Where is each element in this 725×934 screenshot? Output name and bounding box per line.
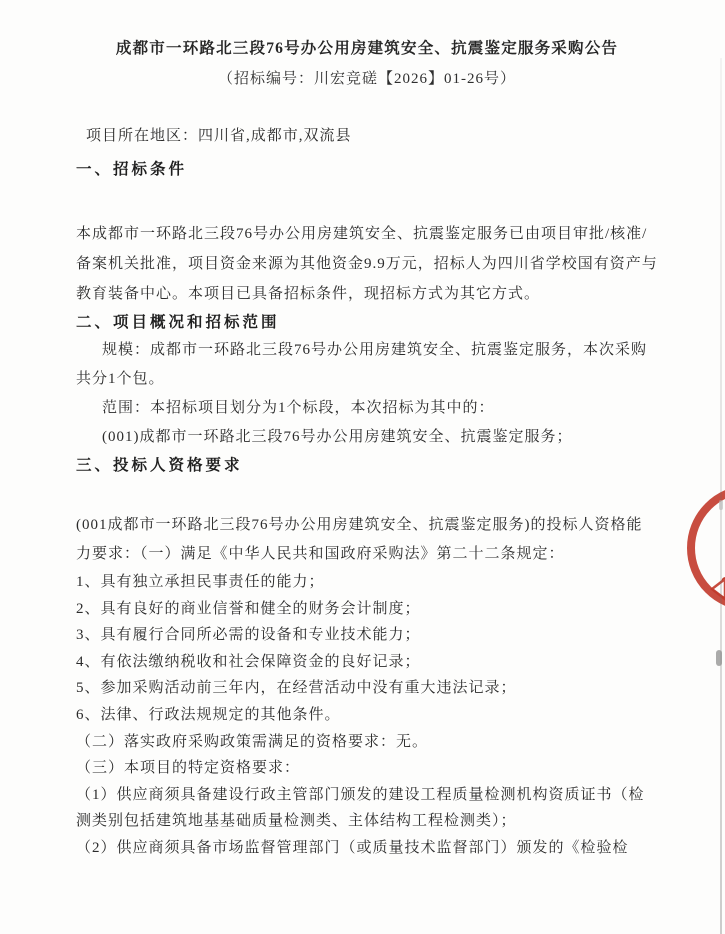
section-heading-2: 二、项目概况和招标范围: [76, 309, 658, 336]
scan-artifact-small: [719, 500, 723, 510]
paragraph-lot-001: (001)成都市一环路北三段76号办公用房建筑安全、抗震鉴定服务；: [76, 423, 658, 452]
page-edge-line: [720, 58, 722, 934]
paragraph-scope: 范围：本招标项目划分为1个标段，本次招标为其中的：: [76, 394, 658, 423]
paragraph-scale: 规模：成都市一环路北三段76号办公用房建筑安全、抗震鉴定服务，本次采购共分1个包…: [76, 336, 658, 394]
list-item-5: 5、参加采购活动前三年内，在经营活动中没有重大违法记录；: [76, 675, 658, 702]
paragraph-policy-requirement: （二）落实政府采购政策需满足的资格要求：无。: [76, 729, 658, 756]
paragraph-tender-conditions: 本成都市一环路北三段76号办公用房建筑安全、抗震鉴定服务已由项目审批/核准/备案…: [76, 219, 658, 309]
list-item-1: 1、具有独立承担民事责任的能力；: [76, 569, 658, 596]
section-heading-1: 一、招标条件: [76, 156, 658, 183]
scan-artifact: [716, 650, 722, 666]
paragraph-requirement-cert-2: （2）供应商须具备市场监督管理部门（或质量技术监督部门）颁发的《检验检: [76, 835, 658, 862]
project-location-line: 项目所在地区：四川省,成都市,双流县: [76, 123, 658, 150]
document-content: 成都市一环路北三段76号办公用房建筑安全、抗震鉴定服务采购公告 （招标编号：川宏…: [76, 28, 658, 862]
seal-digits: 2859505501010: [677, 476, 725, 587]
list-item-3: 3、具有履行合同所必需的设备和专业技术能力；: [76, 622, 658, 649]
section-heading-3: 三、投标人资格要求: [76, 452, 658, 479]
list-item-2: 2、具有良好的商业信誉和健全的财务会计制度；: [76, 596, 658, 623]
list-item-4: 4、有依法缴纳税收和社会保障资金的良好记录；: [76, 649, 658, 676]
scanned-document-page: 成都市一环路北三段76号办公用房建筑安全、抗震鉴定服务采购公告 （招标编号：川宏…: [0, 0, 725, 934]
tender-number: （招标编号：川宏竞磋【2026】01-26号）: [76, 68, 658, 90]
list-item-6: 6、法律、行政法规规定的其他条件。: [76, 702, 658, 729]
document-title: 成都市一环路北三段76号办公用房建筑安全、抗震鉴定服务采购公告: [76, 38, 658, 60]
paragraph-requirement-cert-1: （1）供应商须具备建设行政主管部门颁发的建设工程质量检测机构资质证书（检测类别包…: [76, 782, 658, 835]
paragraph-specific-requirement: （三）本项目的特定资格要求：: [76, 755, 658, 782]
paragraph-qualification-intro: (001成都市一环路北三段76号办公用房建筑安全、抗震鉴定服务)的投标人资格能力…: [76, 511, 658, 569]
